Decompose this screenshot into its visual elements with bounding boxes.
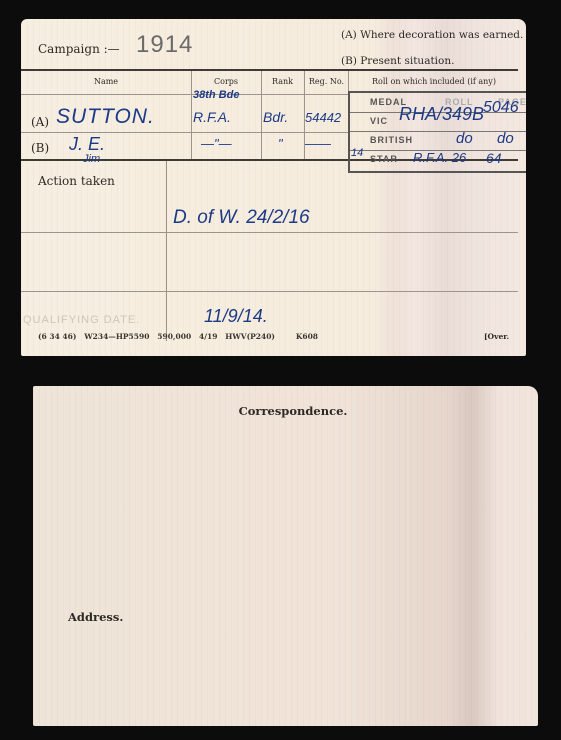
- victory-medal-roll: RHA/349B: [399, 104, 484, 125]
- medal-index-card-back: Correspondence. Address.: [33, 386, 538, 726]
- correspondence-label: Correspondence.: [33, 404, 538, 418]
- regimental-number: 54442: [305, 110, 341, 125]
- stamp-label-star: STAR: [370, 154, 398, 164]
- corps: R.F.A.: [193, 109, 231, 125]
- corps-unit: 38th Bde: [193, 89, 239, 101]
- victory-medal-page: 5046: [483, 99, 519, 117]
- surname: SUTTON.: [56, 105, 155, 129]
- row-a-prefix: (A): [31, 115, 49, 129]
- form-code: (6 34 46) W234—HP5590 590,000 4/19 HWV(P…: [38, 332, 318, 341]
- note-b: (B) Present situation.: [341, 55, 454, 67]
- column-divider: [191, 71, 192, 159]
- row-b-prefix: (B): [31, 141, 49, 155]
- forenames: J. E.: [69, 134, 105, 155]
- rank-ditto: ": [278, 136, 283, 151]
- medal-index-card-front: Campaign :— 1914 (A) Where decoration wa…: [21, 19, 526, 356]
- qualifying-date-label: QUALIFYING DATE.: [23, 314, 140, 326]
- star-roll: R.F.A. 26: [413, 150, 466, 165]
- column-header-rank: Rank: [261, 77, 304, 86]
- row-divider: [21, 291, 518, 292]
- column-divider: [261, 71, 262, 159]
- over-label: [Over.: [484, 332, 509, 341]
- reg-no-ditto: ——: [305, 136, 331, 151]
- star-prefix: 14: [351, 147, 363, 159]
- action-taken-label: Action taken: [38, 174, 115, 188]
- column-header-name: Name: [21, 77, 191, 86]
- campaign-label: Campaign :—: [38, 42, 120, 56]
- column-header-reg-no: Reg. No.: [304, 77, 349, 86]
- corps-ditto: —"—: [201, 136, 232, 151]
- row-divider: [21, 132, 348, 133]
- note-a: (A) Where decoration was earned.: [341, 29, 523, 41]
- column-header-corps: Corps: [191, 77, 261, 86]
- header-divider: [21, 69, 518, 71]
- british-war-medal-roll: do: [456, 130, 473, 147]
- column-header-roll: Roll on which included (if any): [349, 77, 519, 86]
- column-divider: [348, 71, 349, 91]
- forename-note: Jim: [83, 153, 100, 165]
- stamp-label-british: BRITISH: [370, 135, 413, 145]
- action-taken-value: D. of W. 24/2/16: [173, 207, 310, 229]
- qualifying-date-value: 11/9/14.: [204, 306, 268, 327]
- british-war-medal-page: do: [497, 130, 514, 147]
- stamp-label-victory: VIC: [370, 116, 388, 126]
- star-page: 64: [486, 150, 502, 166]
- campaign-year-stamp: 1914: [136, 31, 193, 59]
- row-divider: [21, 232, 518, 233]
- rank: Bdr.: [263, 109, 288, 125]
- address-label: Address.: [68, 610, 123, 624]
- action-divider: [166, 161, 167, 341]
- row-divider: [21, 94, 348, 95]
